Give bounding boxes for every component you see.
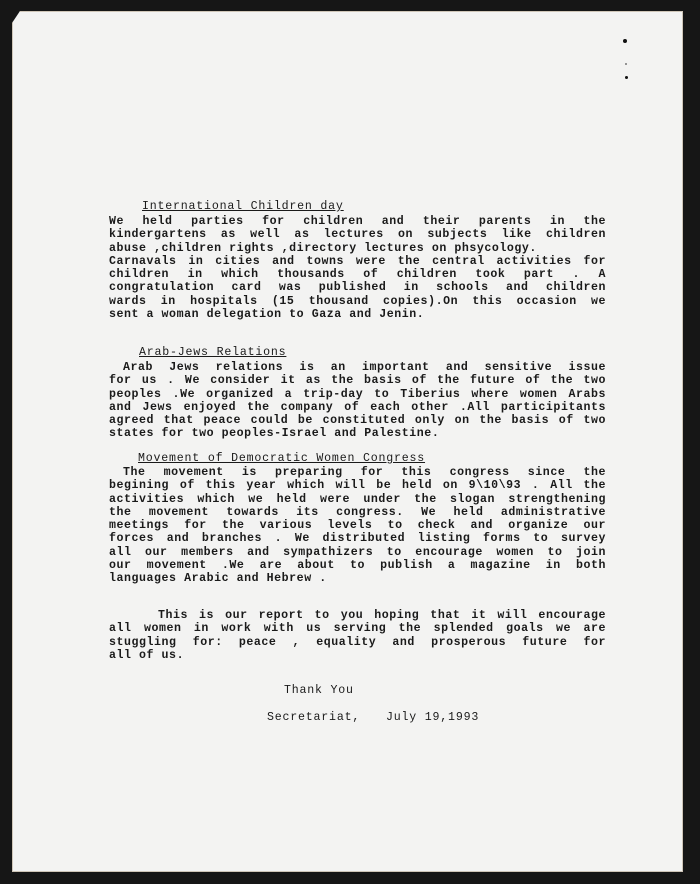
punch-hole-mark: [625, 63, 627, 65]
date: July 19,1993: [386, 711, 479, 724]
text-line: wards in hospitals (15 thousand copies).…: [109, 295, 606, 308]
text-line: all our members and sympathizers to enco…: [109, 546, 606, 559]
text-line: congratulation card was published in sch…: [109, 281, 606, 294]
section-heading: Arab-Jews Relations: [139, 346, 286, 359]
text-line: abuse ,children rights ,directory lectur…: [109, 242, 606, 255]
thank-you: Thank You: [284, 684, 354, 697]
section-heading: Movement of Democratic Women Congress: [138, 452, 425, 465]
section-heading: International Children day: [142, 200, 344, 213]
text-line: kindergartens as well as lectures on sub…: [109, 228, 606, 241]
punch-hole-mark: [625, 76, 628, 79]
signature: Secretariat,: [267, 711, 360, 724]
document-page: [12, 11, 683, 872]
closing-paragraph: This is our report to you hoping that it…: [109, 609, 606, 662]
text-line: activities which we held were under the …: [109, 493, 606, 506]
text-line: all women in work with us serving the sp…: [109, 622, 606, 635]
text-line: This is our report to you hoping that it…: [109, 609, 606, 622]
text-line: We held parties for children and their p…: [109, 215, 606, 228]
text-line: and Jews enjoyed the company of each oth…: [109, 401, 606, 414]
text-line: forces and branches . We distributed lis…: [109, 532, 606, 545]
text-line: languages Arabic and Hebrew .: [109, 572, 606, 585]
text-line: peoples .We organized a trip-day to Tibe…: [109, 388, 606, 401]
text-line: the movement towards its congress. We he…: [109, 506, 606, 519]
text-line: agreed that peace could be constituted o…: [109, 414, 606, 427]
text-line: sent a woman delegation to Gaza and Jeni…: [109, 308, 606, 321]
text-line: for us . We consider it as the basis of …: [109, 374, 606, 387]
section-body: We held parties for children and their p…: [109, 215, 606, 321]
text-line: begining of this year which will be held…: [109, 479, 606, 492]
punch-hole-mark: [623, 39, 627, 43]
section-body: The movement is preparing for this congr…: [109, 466, 606, 586]
text-line: Carnavals in cities and towns were the c…: [109, 255, 606, 268]
text-line: states for two peoples-Israel and Palest…: [109, 427, 606, 440]
text-line: Arab Jews relations is an important and …: [109, 361, 606, 374]
text-line: our movement .We are about to publish a …: [109, 559, 606, 572]
text-line: stuggling for: peace , equality and pros…: [109, 636, 606, 649]
section-body: Arab Jews relations is an important and …: [109, 361, 606, 441]
text-line: all of us.: [109, 649, 606, 662]
text-line: The movement is preparing for this congr…: [109, 466, 606, 479]
text-line: meetings for the various levels to check…: [109, 519, 606, 532]
text-line: children in which thousands of children …: [109, 268, 606, 281]
